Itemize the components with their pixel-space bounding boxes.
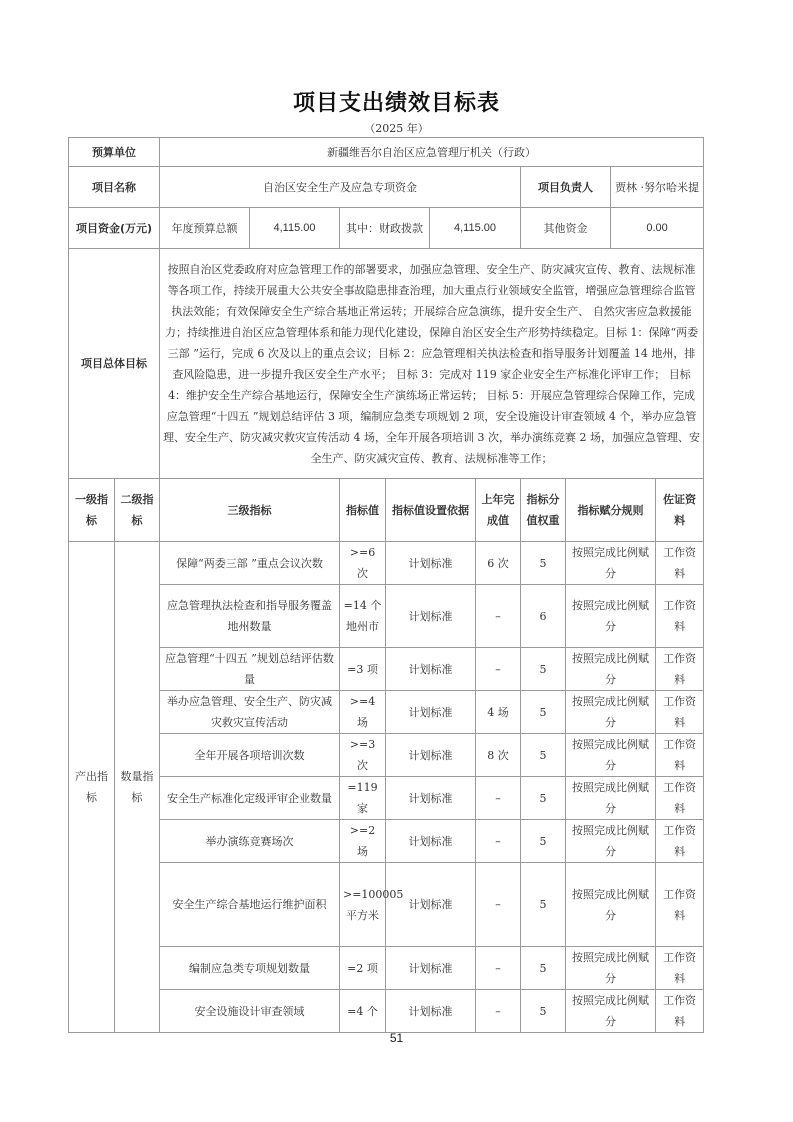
- indicator-row: 产出指标 数量指标 保障“两委三部 ”重点会议次数 >=6 次 计划标准 6 次…: [69, 542, 704, 585]
- indicator-row: 应急管理执法检查和指导服务覆盖地州数量 =14 个地州市 计划标准 – 6 按照…: [69, 585, 704, 648]
- performance-target-table: 预算单位 新疆维吾尔自治区应急管理厅机关（行政） 项目名称 自治区安全生产及应急…: [68, 137, 704, 1033]
- indicator-value: =119 家: [340, 777, 386, 820]
- annual-budget-label: 年度预算总额: [160, 208, 250, 249]
- indicator-rule: 按照完成比例赋分: [566, 947, 656, 990]
- header-rule: 指标赋分规则: [566, 479, 656, 542]
- indicator-rule: 按照完成比例赋分: [566, 542, 656, 585]
- indicator-last-year: –: [476, 585, 521, 648]
- indicator-rule: 按照完成比例赋分: [566, 585, 656, 648]
- header-basis: 指标值设置依据: [386, 479, 476, 542]
- indicator-basis: 计划标准: [386, 820, 476, 863]
- funds-label: 项目资金(万元): [69, 208, 160, 249]
- indicator-last-year: –: [476, 947, 521, 990]
- indicator-weight: 5: [521, 990, 566, 1033]
- budget-unit-row: 预算单位 新疆维吾尔自治区应急管理厅机关（行政）: [69, 138, 704, 167]
- indicator-basis: 计划标准: [386, 734, 476, 777]
- indicator-value: >=4 场: [340, 691, 386, 734]
- indicator-evidence: 工作资料: [656, 585, 704, 648]
- budget-unit-value: 新疆维吾尔自治区应急管理厅机关（行政）: [160, 138, 704, 167]
- indicator-last-year: 4 场: [476, 691, 521, 734]
- indicator-value: >=2 场: [340, 820, 386, 863]
- indicator-evidence: 工作资料: [656, 542, 704, 585]
- indicator-evidence: 工作资料: [656, 734, 704, 777]
- indicator-name: 安全设施设计审查领域: [160, 990, 340, 1033]
- indicator-value: =2 项: [340, 947, 386, 990]
- indicator-row: 编制应急类专项规划数量 =2 项 计划标准 – 5 按照完成比例赋分 工作资料: [69, 947, 704, 990]
- indicator-weight: 5: [521, 820, 566, 863]
- indicator-basis: 计划标准: [386, 585, 476, 648]
- indicator-evidence: 工作资料: [656, 691, 704, 734]
- indicator-name: 保障“两委三部 ”重点会议次数: [160, 542, 340, 585]
- level2-value: 数量指标: [115, 542, 160, 1033]
- indicator-row: 应急管理“十四五 ”规划总结评估数量 =3 项 计划标准 – 5 按照完成比例赋…: [69, 648, 704, 691]
- indicator-header-row: 一级指标 二级指标 三级指标 指标值 指标值设置依据 上年完成值 指标分值权重 …: [69, 479, 704, 542]
- indicator-weight: 5: [521, 542, 566, 585]
- indicator-name: 编制应急类专项规划数量: [160, 947, 340, 990]
- indicator-last-year: –: [476, 648, 521, 691]
- indicator-value: >=100005 平方米: [340, 863, 386, 947]
- indicator-basis: 计划标准: [386, 777, 476, 820]
- indicator-row: 安全生产综合基地运行维护面积 >=100005 平方米 计划标准 – 5 按照完…: [69, 863, 704, 947]
- indicator-basis: 计划标准: [386, 542, 476, 585]
- indicator-weight: 5: [521, 691, 566, 734]
- indicator-last-year: –: [476, 863, 521, 947]
- header-last-year: 上年完成值: [476, 479, 521, 542]
- indicator-evidence: 工作资料: [656, 863, 704, 947]
- overall-goal-text: 按照自治区党委政府对应急管理工作的部署要求，加强应急管理、安全生产、防灾减灾宣传…: [160, 249, 704, 479]
- project-name-label: 项目名称: [69, 167, 160, 208]
- header-level1: 一级指标: [69, 479, 115, 542]
- project-leader-value: 贾林 ·努尔哈米提: [611, 167, 704, 208]
- indicator-last-year: –: [476, 990, 521, 1033]
- indicator-rule: 按照完成比例赋分: [566, 777, 656, 820]
- project-name-row: 项目名称 自治区安全生产及应急专项资金 项目负责人 贾林 ·努尔哈米提: [69, 167, 704, 208]
- indicator-rule: 按照完成比例赋分: [566, 734, 656, 777]
- indicator-row: 举办演练竞赛场次 >=2 场 计划标准 – 5 按照完成比例赋分 工作资料: [69, 820, 704, 863]
- indicator-name: 安全生产综合基地运行维护面积: [160, 863, 340, 947]
- project-name-value: 自治区安全生产及应急专项资金: [160, 167, 521, 208]
- overall-goal-label: 项目总体目标: [69, 249, 160, 479]
- document-year: （2025 年）: [0, 120, 793, 136]
- indicator-evidence: 工作资料: [656, 648, 704, 691]
- other-funds-value: 0.00: [611, 208, 704, 249]
- indicator-evidence: 工作资料: [656, 947, 704, 990]
- indicator-basis: 计划标准: [386, 947, 476, 990]
- indicator-name: 应急管理执法检查和指导服务覆盖地州数量: [160, 585, 340, 648]
- indicator-name: 全年开展各项培训次数: [160, 734, 340, 777]
- indicator-weight: 5: [521, 648, 566, 691]
- level1-value: 产出指标: [69, 542, 115, 1033]
- project-leader-label: 项目负责人: [521, 167, 611, 208]
- indicator-last-year: 8 次: [476, 734, 521, 777]
- indicator-basis: 计划标准: [386, 990, 476, 1033]
- indicator-name: 举办应急管理、安全生产、防灾减灾救灾宣传活动: [160, 691, 340, 734]
- indicator-last-year: 6 次: [476, 542, 521, 585]
- budget-unit-label: 预算单位: [69, 138, 160, 167]
- indicator-evidence: 工作资料: [656, 820, 704, 863]
- indicator-rule: 按照完成比例赋分: [566, 990, 656, 1033]
- indicator-row: 举办应急管理、安全生产、防灾减灾救灾宣传活动 >=4 场 计划标准 4 场 5 …: [69, 691, 704, 734]
- indicator-weight: 5: [521, 947, 566, 990]
- indicator-value: >=3 次: [340, 734, 386, 777]
- indicator-name: 应急管理“十四五 ”规划总结评估数量: [160, 648, 340, 691]
- other-funds-label: 其他资金: [521, 208, 611, 249]
- indicator-rule: 按照完成比例赋分: [566, 820, 656, 863]
- project-funds-row: 项目资金(万元) 年度预算总额 4,115.00 其中：财政拨款 4,115.0…: [69, 208, 704, 249]
- indicator-weight: 5: [521, 734, 566, 777]
- header-weight: 指标分值权重: [521, 479, 566, 542]
- indicator-weight: 6: [521, 585, 566, 648]
- indicator-weight: 5: [521, 863, 566, 947]
- indicator-last-year: –: [476, 820, 521, 863]
- annual-budget-value: 4,115.00: [250, 208, 340, 249]
- fiscal-allocation-value: 4,115.00: [430, 208, 521, 249]
- indicator-last-year: –: [476, 777, 521, 820]
- document-title: 项目支出绩效目标表: [0, 86, 793, 117]
- page-number: 51: [0, 1031, 793, 1045]
- fiscal-allocation-label: 其中：财政拨款: [340, 208, 430, 249]
- indicator-basis: 计划标准: [386, 863, 476, 947]
- indicator-value: =3 项: [340, 648, 386, 691]
- indicator-evidence: 工作资料: [656, 990, 704, 1033]
- indicator-basis: 计划标准: [386, 691, 476, 734]
- indicator-value: =14 个地州市: [340, 585, 386, 648]
- header-value: 指标值: [340, 479, 386, 542]
- indicator-rule: 按照完成比例赋分: [566, 648, 656, 691]
- indicator-evidence: 工作资料: [656, 777, 704, 820]
- header-level3: 三级指标: [160, 479, 340, 542]
- indicator-row: 安全设施设计审查领域 =4 个 计划标准 – 5 按照完成比例赋分 工作资料: [69, 990, 704, 1033]
- header-evidence: 佐证资料: [656, 479, 704, 542]
- indicator-weight: 5: [521, 777, 566, 820]
- indicator-row: 全年开展各项培训次数 >=3 次 计划标准 8 次 5 按照完成比例赋分 工作资…: [69, 734, 704, 777]
- indicator-rule: 按照完成比例赋分: [566, 691, 656, 734]
- overall-goal-row: 项目总体目标 按照自治区党委政府对应急管理工作的部署要求，加强应急管理、安全生产…: [69, 249, 704, 479]
- indicator-name: 安全生产标准化定级评审企业数量: [160, 777, 340, 820]
- header-level2: 二级指标: [115, 479, 160, 542]
- indicator-value: >=6 次: [340, 542, 386, 585]
- indicator-name: 举办演练竞赛场次: [160, 820, 340, 863]
- indicator-value: =4 个: [340, 990, 386, 1033]
- indicator-row: 安全生产标准化定级评审企业数量 =119 家 计划标准 – 5 按照完成比例赋分…: [69, 777, 704, 820]
- indicator-basis: 计划标准: [386, 648, 476, 691]
- indicator-rule: 按照完成比例赋分: [566, 863, 656, 947]
